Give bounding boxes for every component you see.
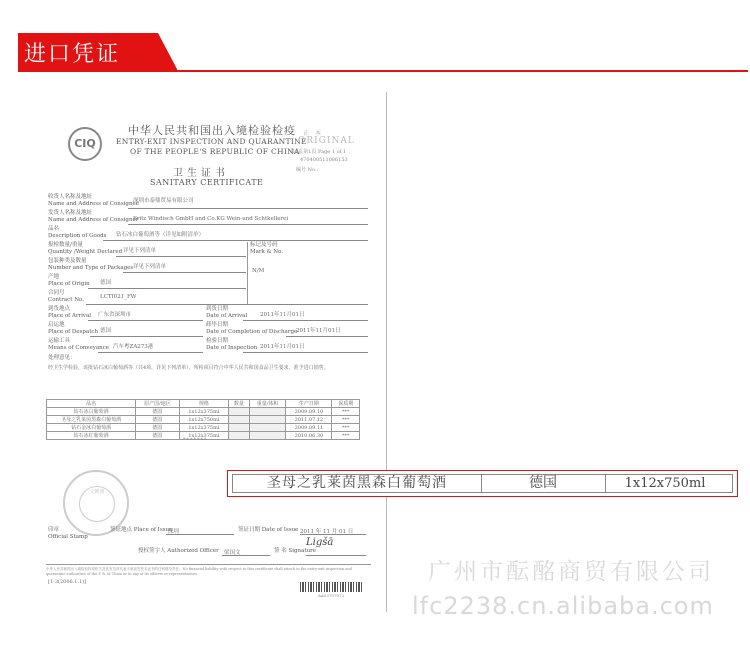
consignee-label: 收货人名称及地址Name and Address of Consignee [48, 194, 139, 208]
banner-divider [18, 70, 748, 72]
sanitary-certificate-scan: CIQ 中华人民共和国出入境检验检疫 ENTRY-EXIT INSPECTION… [38, 92, 386, 612]
inspection-date-value: 2011年11月01日 [260, 342, 305, 350]
table-row: 钻石金冰白葡萄酒德国1x12x375ml2009.09.11*** [47, 424, 360, 432]
official-stamp-label: 印章Official Stamp [48, 527, 88, 541]
goods-label: 品名Description of Goods [48, 226, 107, 240]
table-cell [229, 416, 250, 424]
table-cell: 德国 [136, 408, 179, 416]
table-cell: 2010.06.30 [286, 432, 332, 440]
table-cell: 圣母之乳莱茵黑森白葡萄酒 [47, 416, 136, 424]
date-issue-label: 签证日期 Date of Issue [238, 527, 298, 534]
arrival-place-label: 到货地点Place of Arrival [48, 306, 91, 320]
column-header: 生产日期 [286, 400, 332, 408]
document-edge [386, 92, 387, 612]
contract-value: LCTI021_FW [100, 294, 136, 300]
column-header: 重量/体积 [249, 400, 286, 408]
disclaimer-fine-print: 中华人民共和国出入境检验检疫机关及其官员或代表不承担签发本证书的任何财经责任。N… [46, 564, 371, 577]
inspection-date-label: 检验日期Date of Inspection [206, 338, 257, 352]
despatch-value: 德国 [100, 326, 111, 334]
table-cell: 1x12x375ml [179, 424, 228, 432]
column-header: 规格 [179, 400, 228, 408]
table-cell: 钻石金冰白葡萄酒 [47, 424, 136, 432]
table-cell: *** [332, 424, 360, 432]
table-end-marker: ******* [183, 437, 208, 443]
section-banner: 进口凭证 [18, 33, 748, 73]
serial-label: 编号 No.: [296, 166, 318, 173]
arrival-date-label: 到货日期Date of Arrival [206, 306, 247, 320]
table-cell: 2011.07.12 [286, 416, 332, 424]
packages-value: 详见下列清单 [133, 262, 166, 270]
goods-table-header: 品名原产国/地区规格数量重量/体积生产日期保质期 [47, 400, 360, 408]
table-cell: 1x12x750ml [179, 416, 228, 424]
table-row: 圣母之乳莱茵黑森白葡萄酒德国1x12x750ml2011.07.12*** [47, 416, 360, 424]
conveyance-label: 运输工具Means of Conveyance [48, 338, 109, 352]
origin-value: 德国 [100, 278, 111, 286]
table-cell [249, 416, 286, 424]
table-cell: 德国 [136, 432, 179, 440]
remark-text: 经卫生学检验，该批钻石冰白葡萄酒等（共4项，详见下列清单），所检项目符合中华人民… [48, 364, 368, 372]
table-cell [229, 408, 250, 416]
header-cn: 中华人民共和国出入境检验检疫 [128, 122, 296, 138]
table-cell: 1x12x375ml [179, 408, 228, 416]
title-en: SANITARY CERTIFICATE [150, 178, 263, 187]
original-label: ORIGINAL [298, 136, 355, 146]
cert-number: 470400511086153 [300, 157, 348, 163]
table-cell: 2009.09.11 [286, 424, 332, 432]
table-cell: *** [332, 408, 360, 416]
table-cell [249, 424, 286, 432]
ciq-logo-icon: CIQ [68, 127, 102, 161]
section-title: 进口凭证 [24, 37, 120, 68]
column-header: 保质期 [332, 400, 360, 408]
title-cn: 卫生证书 [173, 164, 229, 179]
consignor-label: 发货人名称及地址Name and Address of Consignor [48, 210, 138, 224]
place-issue-label: 签证地点 Place of Issue [110, 527, 172, 534]
conveyance-value: 汽车粤ZA273港 [113, 342, 153, 350]
discharge-value: 2011年11月01日 [296, 326, 341, 334]
highlighted-product-row: 圣母之乳莱茵黑森白葡萄酒 德国 1x12x750ml [227, 470, 738, 497]
quantity-value: 详见下列清单 [123, 246, 156, 254]
barcode-number: AA03757072 [318, 593, 344, 598]
barcode-icon [300, 582, 362, 592]
table-cell [249, 408, 286, 416]
arrival-date-value: 2011年11月01日 [260, 310, 305, 318]
origin-label: 产地Place of Origin [48, 274, 90, 288]
page-of: 共1页第1页 Page 1 of 1 [290, 148, 346, 155]
header-en-1: ENTRY-EXIT INSPECTION AND QUARANTINE [116, 137, 307, 146]
goods-table: 品名原产国/地区规格数量重量/体积生产日期保质期 钻石冰白葡萄酒德国1x12x3… [46, 399, 360, 440]
contract-label: 合同号Contract No. [48, 290, 84, 304]
table-cell: 钻石冰红葡萄酒 [47, 432, 136, 440]
quantity-label: 报检数量/重量Quantity /Weight Declared [48, 242, 122, 256]
officer-label: 授权签字人 Authorized Officer [138, 548, 219, 555]
consignee-value: 深圳市泰鼎贸易有限公司 [133, 196, 194, 204]
table-cell: 钻石冰白葡萄酒 [47, 408, 136, 416]
table-cell: *** [332, 432, 360, 440]
highlight-product-name: 圣母之乳莱茵黑森白葡萄酒 [233, 475, 482, 492]
opinion-label: 处理意见： [48, 355, 76, 362]
table-cell [249, 432, 286, 440]
table-cell: *** [332, 416, 360, 424]
signature-label: 签 名 Signature [274, 548, 316, 555]
column-header: 品名 [47, 400, 136, 408]
table-cell: 德国 [136, 416, 179, 424]
table-row: 钻石冰白葡萄酒德国1x12x375ml2009.09.10*** [47, 408, 360, 416]
column-header: 数量 [229, 400, 250, 408]
signature: Ligšā [306, 537, 333, 548]
table-cell: 2009.09.10 [286, 408, 332, 416]
table-cell: 德国 [136, 424, 179, 432]
table-cell [229, 424, 250, 432]
header-en-2: OF THE PEOPLE'S REPUBLIC OF CHINA [130, 147, 300, 156]
packages-label: 包装种类及数量Number and Type of Packages [48, 258, 133, 272]
column-header: 原产国/地区 [136, 400, 179, 408]
despatch-label: 启运地Place of Despatch [48, 322, 98, 336]
table-cell [229, 432, 250, 440]
form-number: [1-3(2006.1.1)] [48, 579, 86, 585]
goods-value: 钻石冰白葡萄酒等（详见如附清单） [116, 230, 204, 238]
highlight-spec: 1x12x750ml [605, 475, 725, 492]
discharge-label: 卸毕日期Date of Completion of Discharge [206, 322, 297, 336]
mark-label: 标记及号码Mark & No. [250, 242, 283, 256]
watermark-url: lfc2238.cn.alibaba.com [412, 592, 714, 620]
watermark-company: 广州市酝酩商贸有限公司 [428, 553, 714, 586]
arrival-place-value: 广东省深圳市 [98, 310, 131, 318]
consignor-value: Fritz Windisch GmbH and Co.KG Wein-und S… [133, 216, 288, 222]
mark-value: N/M [252, 268, 264, 274]
highlight-origin: 德国 [481, 475, 606, 492]
